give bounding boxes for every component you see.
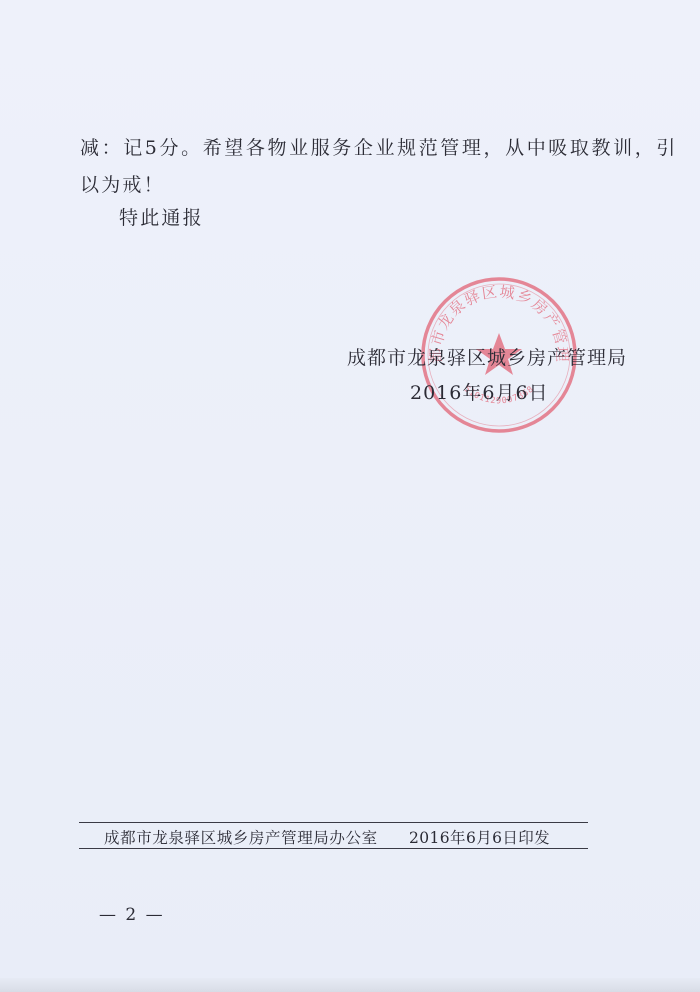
closing-remark: 特此通报 bbox=[119, 203, 204, 230]
body-text-line-2: 以为戒！ bbox=[80, 170, 165, 197]
signing-date: 2016年6月6日 bbox=[410, 378, 549, 405]
document-page: 减：记5分。希望各物业服务企业规范管理，从中吸取教训，引 以为戒！ 特此通报 成… bbox=[0, 0, 700, 992]
footer-issuer: 成都市龙泉驿区城乡房产管理局办公室 bbox=[104, 826, 378, 848]
scan-bottom-edge bbox=[0, 978, 700, 992]
page-number: — 2 — bbox=[99, 905, 165, 925]
signing-organization: 成都市龙泉驿区城乡房产管理局 bbox=[347, 343, 627, 370]
body-text-line-1: 减：记5分。希望各物业服务企业规范管理，从中吸取教训，引 bbox=[80, 133, 678, 160]
footer-rule-top bbox=[79, 822, 588, 823]
footer-rule-bottom bbox=[79, 848, 588, 849]
footer-issue-date: 2016年6月6日印发 bbox=[409, 826, 550, 848]
